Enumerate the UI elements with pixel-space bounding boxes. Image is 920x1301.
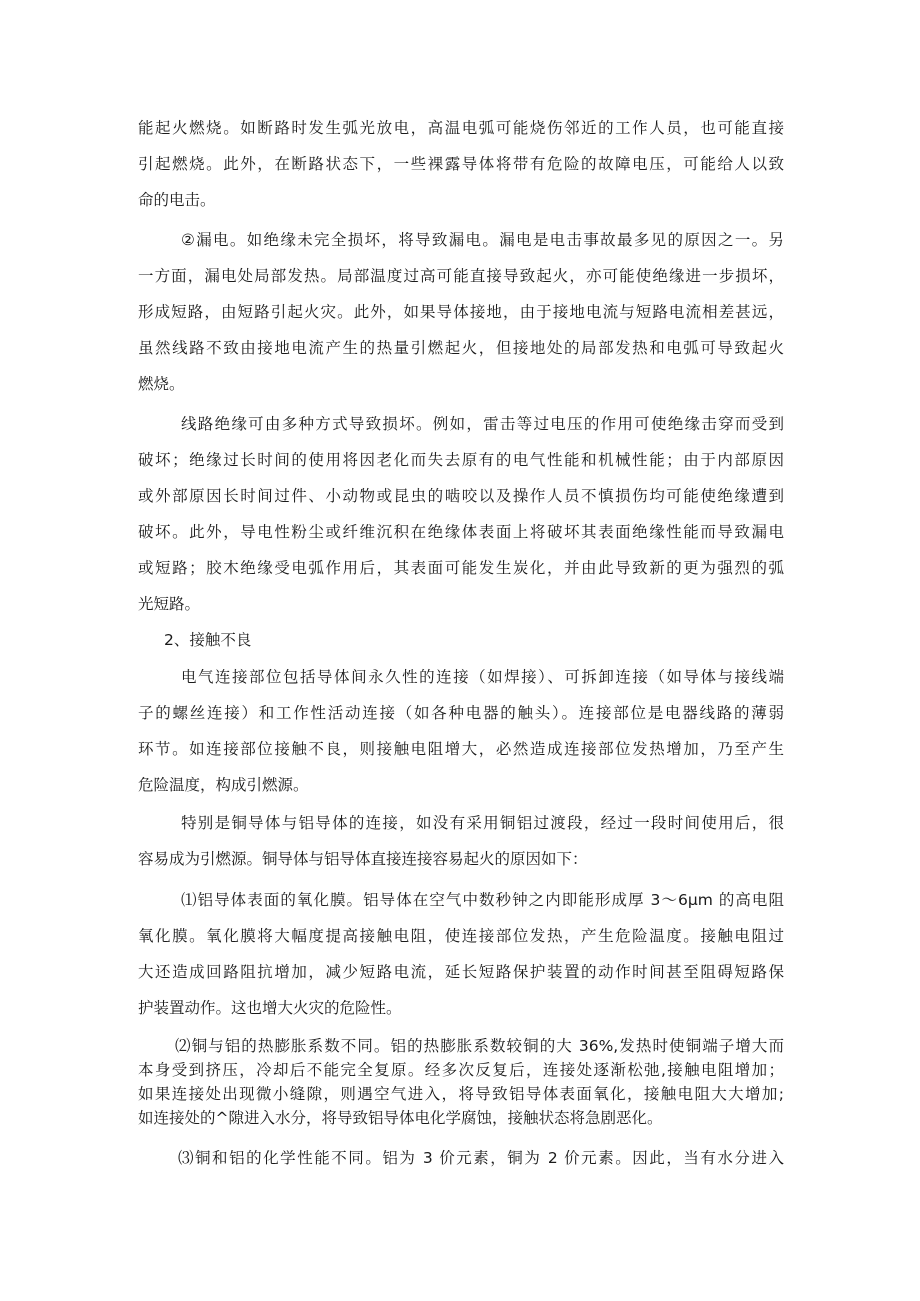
text-line: 危险温度，构成引燃源。 bbox=[138, 775, 784, 795]
text-line: ⑵铜与铝的热膨胀系数不同。铝的热膨胀系数较铜的大 36%,发热时使铜端子增大而 bbox=[175, 1036, 784, 1056]
text-line: 大还造成回路阻抗增加，减少短路电流，延长短路保护装置的动作时间甚至阻碍短路保 bbox=[138, 962, 784, 982]
text-line: 或外部原因长时间过件、小动物或昆虫的啮咬以及操作人员不慎损伤均可能使绝缘遭到 bbox=[138, 486, 784, 506]
text-line: 一方面，漏电处局部发热。局部温度过高可能直接导致起火，亦可能使绝缘进一步损坏， bbox=[138, 266, 784, 286]
text-line: ⑶铜和铝的化学性能不同。铝为 3 价元素，铜为 2 价元素。因此，当有水分进入 bbox=[178, 1148, 784, 1168]
text-line: 或短路；胶木绝缘受电弧作用后，其表面可能发生炭化，并由此导致新的更为强烈的弧 bbox=[138, 558, 784, 578]
section-heading: 2、接触不良 bbox=[164, 630, 251, 650]
text-line: 光短路。 bbox=[138, 594, 784, 614]
text-line: 引起燃烧。此外，在断路状态下，一些裸露导体将带有危险的故障电压，可能给人以致 bbox=[138, 154, 784, 174]
text-line: 如果连接处出现微小缝隙，则遇空气进入，将导致铝导体表面氧化，接触电阻大大增加; bbox=[138, 1084, 784, 1104]
text-line: 环节。如连接部位接触不良，则接触电阻增大，必然造成连接部位发热增加，乃至产生 bbox=[138, 739, 784, 759]
text-line: 本身受到挤压，冷却后不能完全复原。经多次反复后，连接处逐渐松弛,接触电阻增加； bbox=[138, 1060, 784, 1080]
text-line: 氧化膜。氧化膜将大幅度提高接触电阻，使连接部位发热，产生危险温度。接触电阻过 bbox=[138, 926, 784, 946]
text-line: 破坏。此外，导电性粉尘或纤维沉积在绝缘体表面上将破坏其表面绝缘性能而导致漏电 bbox=[138, 522, 784, 542]
text-line: ⑴铝导体表面的氧化膜。铝导体在空气中数秒钟之内即能形成厚 3〜6μm 的高电阻 bbox=[181, 890, 784, 910]
text-line: 虽然线路不致由接地电流产生的热量引燃起火，但接地处的局部发热和电弧可导致起火 bbox=[138, 338, 784, 358]
document-page: 能起火燃烧。如断路时发生弧光放电，高温电弧可能烧伤邻近的工作人员，也可能直接 引… bbox=[0, 0, 920, 1301]
text-line: 子的螺丝连接）和工作性活动连接（如各种电器的触头）。连接部位是电器线路的薄弱 bbox=[138, 703, 784, 723]
text-line: 命的电击。 bbox=[138, 190, 784, 210]
text-line: 特别是铜导体与铝导体的连接，如没有采用铜铝过渡段，经过一段时间使用后，很 bbox=[181, 813, 784, 833]
text-line: 线路绝缘可由多种方式导致损坏。例如，雷击等过电压的作用可使绝缘击穿而受到 bbox=[181, 414, 784, 434]
text-line: ②漏电。如绝缘未完全损坏，将导致漏电。漏电是电击事故最多见的原因之一。另 bbox=[181, 230, 784, 250]
text-line: 燃烧。 bbox=[138, 374, 784, 394]
text-line: 护装置动作。这也增大火灾的危险性。 bbox=[138, 998, 784, 1018]
text-line: 形成短路，由短路引起火灾。此外，如果导体接地，由于接地电流与短路电流相差甚远， bbox=[138, 302, 784, 322]
text-line: 破坏；绝缘过长时间的使用将因老化而失去原有的电气性能和机械性能；由于内部原因 bbox=[138, 450, 784, 470]
text-line: 电气连接部位包括导体间永久性的连接（如焊接）、可拆卸连接（如导体与接线端 bbox=[181, 667, 784, 687]
text-line: 如连接处的^隙进入水分，将导致铝导体电化学腐蚀，接触状态将急剧恶化。 bbox=[138, 1108, 784, 1128]
text-line: 能起火燃烧。如断路时发生弧光放电，高温电弧可能烧伤邻近的工作人员，也可能直接 bbox=[138, 118, 784, 138]
text-line: 容易成为引燃源。铜导体与铝导体直接连接容易起火的原因如下： bbox=[138, 849, 784, 869]
